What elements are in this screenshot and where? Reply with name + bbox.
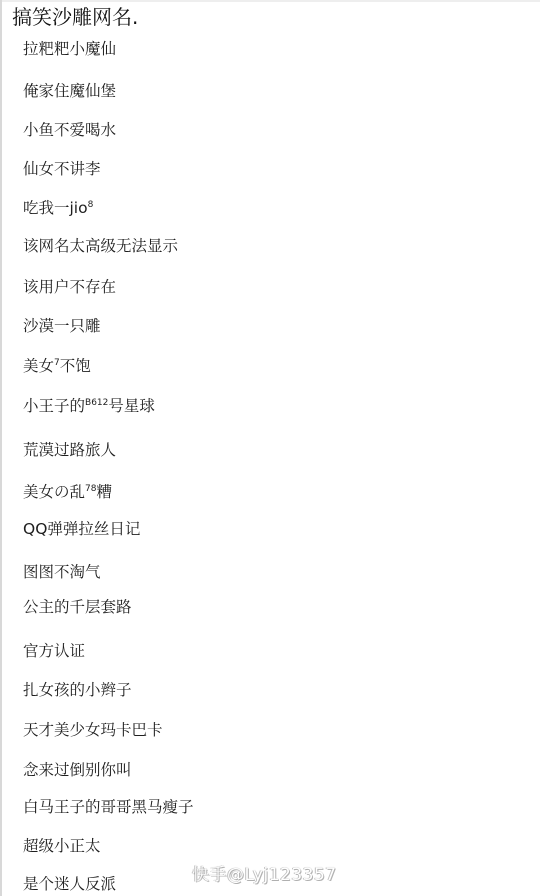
superscript-text: 78 [85,484,96,494]
list-item: 官方认证 [23,641,85,661]
list-item: 荒漠过路旅人 [23,440,116,460]
list-item: 图图不淘气 [23,562,101,582]
list-item: 该网名太高级无法显示 [23,236,178,256]
list-item: 天才美少女玛卡巴卡 [23,720,163,740]
nickname-text: 俺家住魔仙堡 [23,82,116,100]
list-item: 超级小正太 [23,836,101,856]
list-item: 扎女孩的小辫子 [23,680,132,700]
list-item: 小鱼不爱喝水 [23,120,116,140]
list-item: 公主的千层套路 [23,597,132,617]
nickname-text: 念来过倒别你叫 [23,761,132,779]
list-item: 白马王子的哥哥黑马瘦子 [23,797,194,817]
nickname-text: 美女 [23,357,54,375]
nickname-text: 荒漠过路旅人 [23,441,116,459]
superscript-text: B612 [85,398,108,408]
nickname-text: 公主的千层套路 [23,598,132,616]
page-title: 搞笑沙雕网名. [12,4,138,30]
list-item: 小王子的B612号星球 [23,396,155,416]
nickname-text: 拉粑粑小魔仙 [23,40,116,58]
left-border [0,0,2,896]
list-item: 该用户不存在 [23,277,116,297]
nickname-text: 该用户不存在 [23,278,116,296]
nickname-text-suffix: 糟 [96,483,112,501]
nickname-text: 超级小正太 [23,837,101,855]
list-item: QQ弹弹拉丝日记 [23,519,140,539]
list-item: 沙漠一只雕 [23,316,101,336]
superscript-text: 8 [88,200,94,210]
list-item: 美女7不饱 [23,356,91,376]
nickname-text: 仙女不讲李 [23,160,101,178]
list-item: 是个迷人反派 [23,874,116,894]
list-item: 美女の乱78糟 [23,482,112,502]
nickname-text: 小王子的 [23,397,85,415]
nickname-text: 美女の乱 [23,483,85,501]
nickname-text: 是个迷人反派 [23,875,116,893]
nickname-text: 白马王子的哥哥黑马瘦子 [23,798,194,816]
list-item: 念来过倒别你叫 [23,760,132,780]
nickname-text-suffix: 号星球 [108,397,155,415]
list-item: 仙女不讲李 [23,159,101,179]
nickname-text: 小鱼不爱喝水 [23,121,116,139]
nickname-text: 图图不淘气 [23,563,101,581]
nickname-text: 沙漠一只雕 [23,317,101,335]
watermark: 快手@Lyj123357 [192,865,337,885]
top-border [0,0,540,2]
nickname-text: 天才美少女玛卡巴卡 [23,721,163,739]
nickname-text: QQ弹弹拉丝日记 [23,520,140,538]
nickname-text: 吃我一jio [23,199,88,217]
list-item: 俺家住魔仙堡 [23,81,116,101]
nickname-text-suffix: 不饱 [60,357,91,375]
nickname-text: 该网名太高级无法显示 [23,237,178,255]
nickname-text: 官方认证 [23,642,85,660]
nickname-text: 扎女孩的小辫子 [23,681,132,699]
list-item: 拉粑粑小魔仙 [23,39,116,59]
list-item: 吃我一jio8 [23,198,93,218]
